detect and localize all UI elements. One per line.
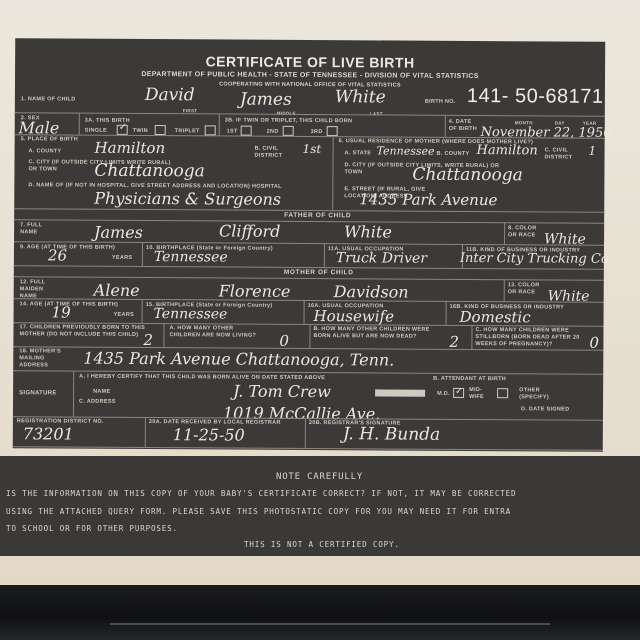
father-industry-value: Inter City Trucking Co — [460, 251, 609, 267]
rule — [332, 136, 333, 210]
father-last-name: White — [344, 222, 392, 241]
res-city-value: Chattanooga — [412, 165, 522, 186]
rule — [219, 113, 220, 135]
pob-hospital-value: Physicians & Surgeons — [94, 189, 281, 209]
mother-first-name: Alene — [94, 281, 140, 300]
rule — [471, 325, 472, 349]
attendant-label: B. ATTENDANT AT BIRTH — [433, 376, 506, 383]
mother-years-label: YEARS — [114, 312, 134, 319]
birth-no-label: BIRTH NO. — [425, 99, 456, 106]
first-order-label: 1ST — [227, 128, 238, 135]
rule — [445, 115, 446, 137]
rule — [142, 242, 143, 266]
reg-district-value: 73201 — [23, 424, 74, 443]
rule — [142, 299, 143, 323]
note-line-2: USING THE ATTACHED QUERY FORM. PLEASE SA… — [6, 507, 511, 516]
note-line-1: IS THE INFORMATION ON THIS COPY OF YOUR … — [6, 489, 516, 498]
desk-edge — [110, 623, 550, 625]
father-section-label: FATHER OF CHILD — [284, 212, 351, 219]
mother-section-label: MOTHER OF CHILD — [284, 269, 354, 276]
father-age-value: 26 — [48, 246, 67, 264]
twin-order-label: 3B. IF TWIN OR TRIPLET, THIS CHILD BORN — [225, 117, 353, 125]
md-label: M.D. — [437, 391, 450, 398]
mother-name-label: 12. FULL MAIDEN NAME — [20, 279, 54, 300]
department-line: DEPARTMENT OF PUBLIC HEALTH - STATE OF T… — [15, 70, 605, 81]
res-state-value: Tennessee — [377, 144, 435, 157]
note-line-3: TO SCHOOL OR FOR OTHER PURPOSES. — [6, 524, 178, 533]
mother-middle-name: Florence — [219, 281, 291, 300]
signer-address-label: C. ADDRESS — [79, 399, 116, 406]
rule — [305, 418, 306, 448]
note-line-4: THIS IS NOT A CERTIFIED COPY. — [244, 540, 400, 549]
twin-checkbox — [155, 125, 166, 135]
date-stamp — [375, 389, 425, 396]
pob-county-label: A. COUNTY — [29, 148, 62, 155]
signature-label: SIGNATURE — [19, 390, 57, 397]
res-county-label: B. COUNTY — [437, 151, 470, 158]
second-order-label: 2ND — [267, 129, 279, 136]
rule — [73, 371, 74, 417]
father-race-label: 8. COLOR OR RACE — [508, 225, 538, 239]
birth-certificate: CERTIFICATE OF LIVE BIRTH DEPARTMENT OF … — [13, 38, 605, 452]
signer-name-label: NAME — [93, 389, 110, 396]
prev-children-label: 17. CHILDREN PREVIOUSLY BORN TO THIS MOT… — [19, 324, 149, 339]
midwife-checkbox — [497, 388, 508, 398]
rule — [324, 243, 325, 267]
birth-number: 141- 50-68171 — [467, 85, 604, 109]
desk-surface — [0, 585, 640, 640]
third-order-checkbox — [327, 126, 338, 136]
rule — [15, 112, 605, 117]
father-name-label: 7. FULL NAME — [20, 222, 52, 236]
triplet-checkbox — [205, 125, 216, 135]
rule — [163, 323, 164, 347]
mother-race-label: 13. COLOR OR RACE — [508, 282, 544, 296]
living-label: A. HOW MANY OTHER CHILDREN ARE NOW LIVIN… — [169, 325, 259, 340]
rule — [304, 300, 305, 324]
father-age-label: 9. AGE (AT TIME OF THIS BIRTH) — [20, 244, 115, 252]
date-signed-label: D. DATE SIGNED — [521, 406, 569, 413]
pob-city-value: Chattanooga — [94, 161, 204, 182]
rule — [504, 279, 505, 301]
pob-district-label: B. CIVIL DISTRICT — [255, 146, 299, 160]
note-box: NOTE CAREFULLY IS THE INFORMATION ON THI… — [0, 456, 640, 556]
rule — [79, 113, 80, 135]
mother-industry-value: Domestic — [460, 308, 531, 326]
mailing-value: 1435 Park Avenue Chattanooga, Tenn. — [83, 349, 394, 370]
signer-name-value: J. Tom Crew — [233, 382, 331, 402]
child-middle-name: James — [240, 90, 292, 110]
rule — [504, 222, 505, 244]
res-county-value: Hamilton — [477, 143, 538, 158]
midwife-label: MID-WIFE — [469, 387, 495, 401]
mother-birthplace-value: Tennessee — [154, 306, 228, 322]
father-middle-name: Clifford — [219, 221, 280, 240]
father-occupation-value: Truck Driver — [336, 250, 427, 267]
dob-label: 4. DATE OF BIRTH — [449, 119, 479, 133]
date-received-value: 11-25-50 — [173, 425, 245, 444]
pob-county-value: Hamilton — [95, 139, 166, 157]
single-checkbox: ✓ — [117, 125, 128, 135]
dead-label: B. HOW MANY OTHER CHILDREN WERE BORN ALI… — [313, 326, 443, 341]
res-street-value: 1435 Park Avenue — [359, 190, 497, 209]
pob-district-value: 1st — [303, 142, 322, 156]
rule — [145, 417, 146, 447]
res-district-value: 1 — [589, 144, 597, 158]
other-label: OTHER (SPECIFY) — [519, 387, 569, 401]
child-name-label: 1. NAME OF CHILD — [21, 96, 76, 103]
rule — [446, 301, 447, 325]
father-birthplace-value: Tennessee — [154, 249, 228, 265]
registrar-signature: J. H. Bunda — [343, 424, 440, 445]
third-order-label: 3RD — [311, 129, 323, 136]
mailing-label: 18. MOTHER'S MAILING ADDRESS — [19, 348, 69, 369]
mother-last-name: Davidson — [334, 282, 409, 301]
father-years-label: YEARS — [112, 255, 132, 262]
stillborn-label: C. HOW MANY CHILDREN WERE STILLBORN (BOR… — [475, 327, 593, 349]
rule — [309, 324, 310, 348]
second-order-checkbox — [283, 126, 294, 136]
res-district-label: C. CIVIL DISTRICT — [545, 147, 585, 161]
certify-label: A. I HEREBY CERTIFY THAT THIS CHILD WAS … — [79, 374, 325, 383]
md-checkbox: ✓ — [453, 388, 464, 398]
mother-occupation-value: Housewife — [314, 307, 395, 325]
child-last-name: White — [335, 87, 386, 107]
place-of-birth-label: 5. PLACE OF BIRTH — [21, 136, 78, 143]
father-first-name: James — [94, 223, 143, 242]
first-order-checkbox — [241, 126, 252, 136]
res-state-label: A. STATE — [345, 150, 372, 157]
note-heading: NOTE CAREFULLY — [276, 472, 363, 482]
child-first-name: David — [145, 85, 195, 105]
mother-age-value: 19 — [52, 303, 71, 321]
certificate-title: CERTIFICATE OF LIVE BIRTH — [15, 52, 605, 72]
